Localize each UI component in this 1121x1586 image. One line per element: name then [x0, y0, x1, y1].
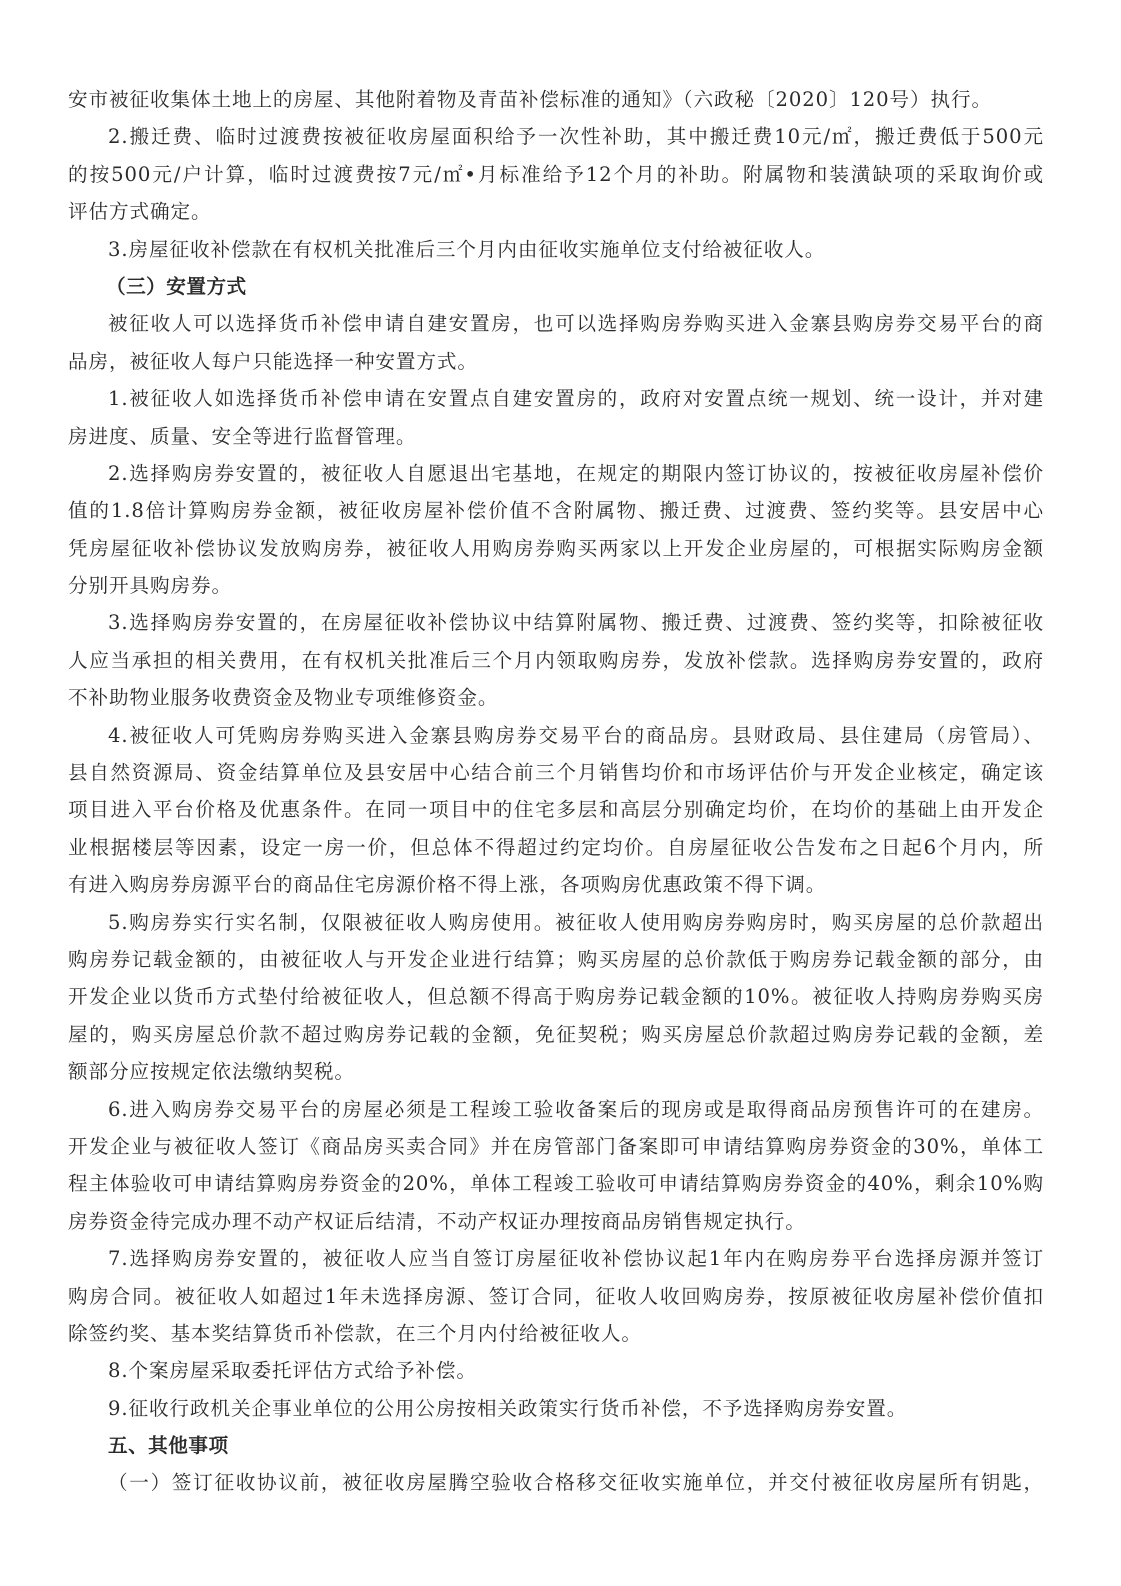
paragraph-line: 评估方式确定。: [68, 193, 1044, 230]
paragraph-line: 有进入购房券房源平台的商品住宅房源价格不得上涨，各项购房优惠政策不得下调。: [68, 866, 1044, 903]
paragraph-line: 3.选择购房券安置的，在房屋征收补偿协议中结算附属物、搬迁费、过渡费、签约奖等，…: [68, 604, 1044, 641]
paragraph-line: 不补助物业服务收费资金及物业专项维修资金。: [68, 679, 1044, 716]
paragraph-line: 值的1.8倍计算购房券金额，被征收房屋补偿价值不含附属物、搬迁费、过渡费、签约奖…: [68, 492, 1044, 529]
paragraph-line: 项目进入平台价格及优惠条件。在同一项目中的住宅多层和高层分别确定均价，在均价的基…: [68, 791, 1044, 828]
paragraph-line: 分别开具购房券。: [68, 567, 1044, 604]
paragraph-line: 凭房屋征收补偿协议发放购房券，被征收人用购房券购买两家以上开发企业房屋的，可根据…: [68, 530, 1044, 567]
paragraph-line: 开发企业以货币方式垫付给被征收人，但总额不得高于购房券记载金额的10%。被征收人…: [68, 978, 1044, 1015]
paragraph-line: 人应当承担的相关费用，在有权机关批准后三个月内领取购房券，发放补偿款。选择购房券…: [68, 642, 1044, 679]
paragraph-line: 4.被征收人可凭购房券购买进入金寨县购房券交易平台的商品房。县财政局、县住建局（…: [68, 717, 1044, 754]
paragraph-line: 县自然资源局、资金结算单位及县安居中心结合前三个月销售均价和市场评估价与开发企业…: [68, 754, 1044, 791]
paragraph-line: 房进度、质量、安全等进行监督管理。: [68, 418, 1044, 455]
paragraph-line: 安市被征收集体土地上的房屋、其他附着物及青苗补偿标准的通知》（六政秘〔2020〕…: [68, 81, 1044, 118]
document-page: 安市被征收集体土地上的房屋、其他附着物及青苗补偿标准的通知》（六政秘〔2020〕…: [68, 81, 1044, 1502]
paragraph-line: （一）签订征收协议前，被征收房屋腾空验收合格移交征收实施单位，并交付被征收房屋所…: [68, 1464, 1044, 1501]
paragraph-line: 5.购房券实行实名制，仅限被征收人购房使用。被征收人使用购房券购房时，购买房屋的…: [68, 904, 1044, 941]
paragraph-line: 除签约奖、基本奖结算货币补偿款，在三个月内付给被征收人。: [68, 1315, 1044, 1352]
paragraph-line: 8.个案房屋采取委托评估方式给予补偿。: [68, 1352, 1044, 1389]
paragraph-line: 7.选择购房券安置的，被征收人应当自签订房屋征收补偿协议起1年内在购房券平台选择…: [68, 1240, 1044, 1277]
paragraph-line: 6.进入购房券交易平台的房屋必须是工程竣工验收备案后的现房或是取得商品房预售许可…: [68, 1091, 1044, 1128]
section-heading: 五、其他事项: [68, 1427, 1044, 1464]
paragraph-line: 9.征收行政机关企事业单位的公用公房按相关政策实行货币补偿，不予选择购房券安置。: [68, 1390, 1044, 1427]
paragraph-line: 2.选择购房券安置的，被征收人自愿退出宅基地，在规定的期限内签订协议的，按被征收…: [68, 455, 1044, 492]
paragraph-line: 业根据楼层等因素，设定一房一价，但总体不得超过约定均价。自房屋征收公告发布之日起…: [68, 829, 1044, 866]
paragraph-line: 被征收人可以选择货币补偿申请自建安置房，也可以选择购房券购买进入金寨县购房券交易…: [68, 305, 1044, 342]
paragraph-line: 额部分应按规定依法缴纳契税。: [68, 1053, 1044, 1090]
paragraph-line: 3.房屋征收补偿款在有权机关批准后三个月内由征收实施单位支付给被征收人。: [68, 231, 1044, 268]
section-subheading: （三）安置方式: [68, 268, 1044, 305]
paragraph-line: 品房，被征收人每户只能选择一种安置方式。: [68, 343, 1044, 380]
paragraph-line: 开发企业与被征收人签订《商品房买卖合同》并在房管部门备案即可申请结算购房券资金的…: [68, 1128, 1044, 1165]
paragraph-line: 购房券记载金额的，由被征收人与开发企业进行结算；购买房屋的总价款低于购房券记载金…: [68, 941, 1044, 978]
paragraph-line: 购房合同。被征收人如超过1年未选择房源、签订合同，征收人收回购房券，按原被征收房…: [68, 1278, 1044, 1315]
paragraph-line: 1.被征收人如选择货币补偿申请在安置点自建安置房的，政府对安置点统一规划、统一设…: [68, 380, 1044, 417]
paragraph-line: 2.搬迁费、临时过渡费按被征收房屋面积给予一次性补助，其中搬迁费10元/㎡，搬迁…: [68, 118, 1044, 155]
paragraph-line: 房券资金待完成办理不动产权证后结清，不动产权证办理按商品房销售规定执行。: [68, 1203, 1044, 1240]
paragraph-line: 的按500元/户计算，临时过渡费按7元/㎡•月标准给予12个月的补助。附属物和装…: [68, 156, 1044, 193]
paragraph-line: 屋的，购买房屋总价款不超过购房券记载的金额，免征契税；购买房屋总价款超过购房券记…: [68, 1016, 1044, 1053]
paragraph-line: 程主体验收可申请结算购房券资金的20%，单体工程竣工验收可申请结算购房券资金的4…: [68, 1165, 1044, 1202]
